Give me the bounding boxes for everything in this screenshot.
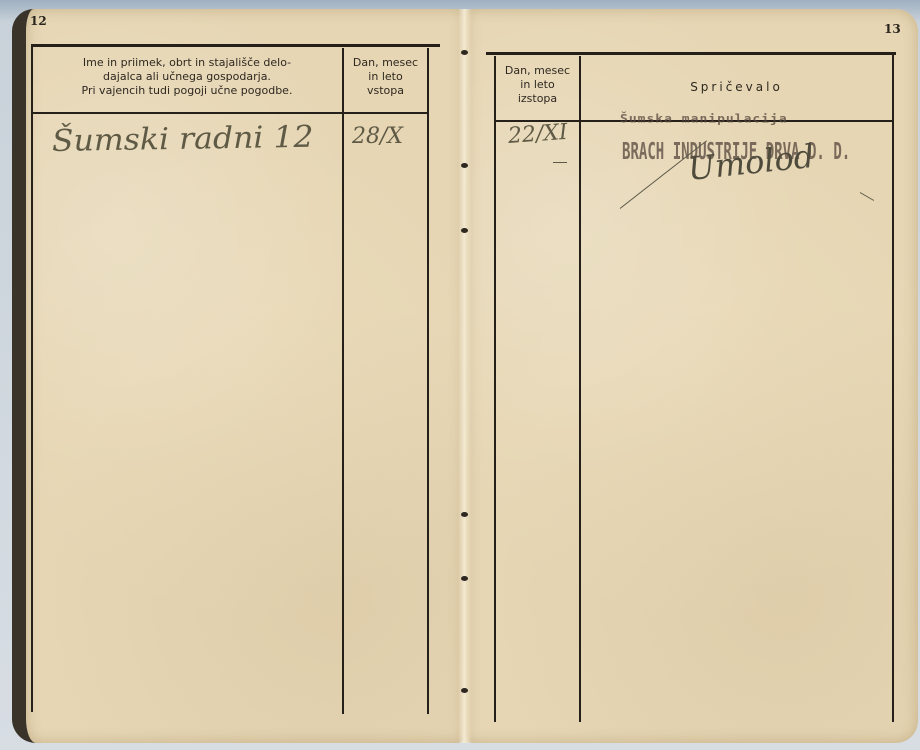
header-line: dajalca ali učnega gospodarja. <box>34 70 340 84</box>
right-table-left-rule <box>494 56 496 722</box>
binding-stitch <box>461 163 468 168</box>
left-table-header-rule <box>31 112 429 114</box>
binding-stitch <box>461 228 468 233</box>
header-line: Pri vajencih tudi pogoji učne pogodbe. <box>34 84 340 98</box>
date-underline-stroke <box>553 162 567 163</box>
binding-stitch <box>461 576 468 581</box>
right-header-exit-date: Dan, mesec in leto izstopa <box>496 64 579 106</box>
left-header-employer: Ime in priimek, obrt in stajališče delo-… <box>34 56 340 98</box>
handwritten-employer: Šumski radni 12 <box>52 120 314 159</box>
binding-stitch <box>461 688 468 693</box>
header-line: Dan, mesec <box>344 56 427 70</box>
left-table-right-rule <box>427 48 429 714</box>
header-line: in leto <box>496 78 579 92</box>
handwritten-entry-date: 28/X <box>352 124 403 149</box>
header-line: vstopa <box>344 84 427 98</box>
book-spine <box>458 9 472 743</box>
right-table-top-rule <box>486 52 896 55</box>
binding-stitch <box>461 512 468 517</box>
left-table-top-rule <box>31 44 440 47</box>
left-page <box>12 9 464 743</box>
left-table-left-rule <box>31 44 33 712</box>
header-line: izstopa <box>496 92 579 106</box>
right-table-column-divider <box>579 56 581 722</box>
left-header-entry-date: Dan, mesec in leto vstopa <box>344 56 427 98</box>
header-line: Ime in priimek, obrt in stajališče delo- <box>34 56 340 70</box>
handwritten-exit-date: 22/XI <box>507 120 568 149</box>
right-header-certificate: Spričevalo <box>581 80 892 94</box>
header-line: in leto <box>344 70 427 84</box>
header-line: Dan, mesec <box>496 64 579 78</box>
binding-stitch <box>461 50 468 55</box>
page-number-right: 13 <box>884 22 901 36</box>
stamp-line-1: Šumska manipulacija <box>620 113 788 127</box>
page-number-left: 12 <box>30 14 47 28</box>
left-table-column-divider <box>342 48 344 714</box>
right-table-right-rule <box>892 52 894 722</box>
